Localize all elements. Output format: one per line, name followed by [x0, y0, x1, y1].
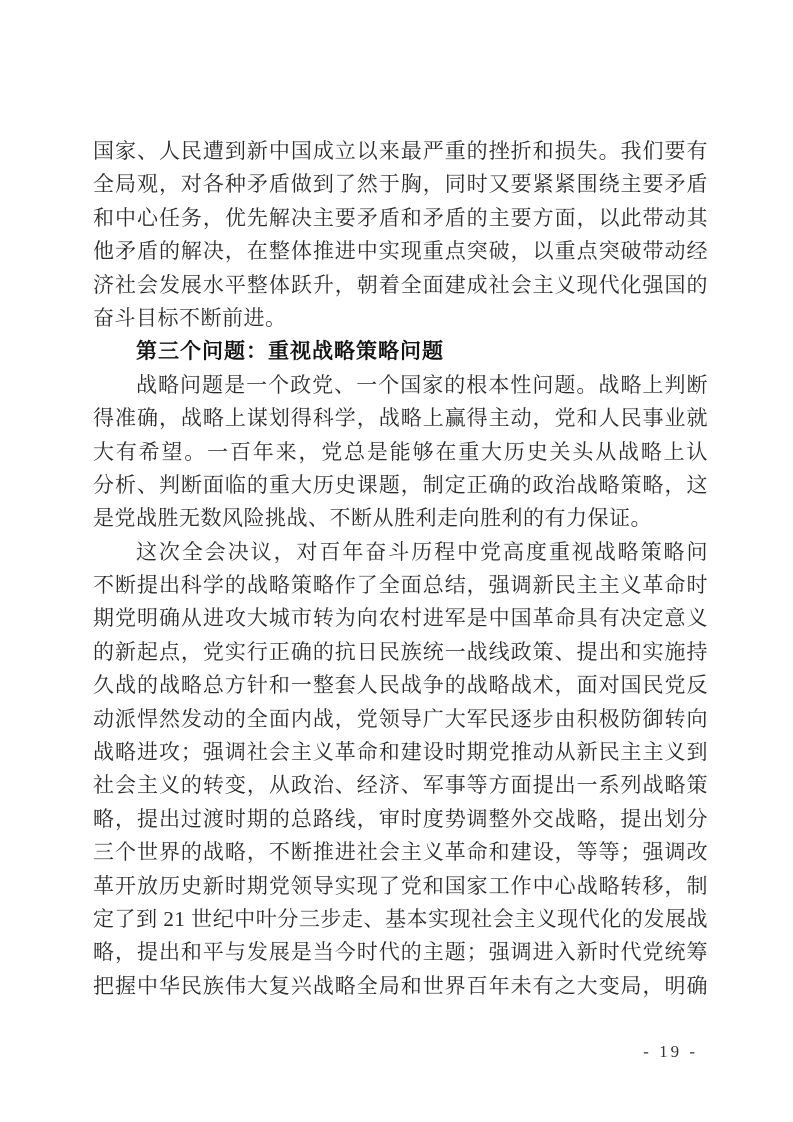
text-line: 济社会发展水平整体跃升，朝着全面建成社会主义现代化强国的 [93, 269, 708, 302]
section-heading: 第三个问题：重视战略策略问题 [93, 335, 708, 368]
text-line: 他矛盾的解决，在整体推进中实现重点突破，以重点突破带动经 [93, 235, 708, 268]
text-line: 全局观，对各种矛盾做到了然于胸，同时又要紧紧围绕主要矛盾 [93, 168, 708, 201]
page-number: - 19 - [643, 1042, 698, 1062]
text-line: 期党明确从进攻大城市转为向农村进军是中国革命具有决定意义 [93, 602, 708, 635]
text-line: 不断提出科学的战略策略作了全面总结，强调新民主主义革命时 [93, 569, 708, 602]
document-text: 国家、人民遭到新中国成立以来最严重的挫折和损失。我们要有全局观，对各种矛盾做到了… [93, 135, 708, 1003]
text-line: 分析、判断面临的重大历史课题，制定正确的政治战略策略，这 [93, 469, 708, 502]
text-line: 奋斗目标不断前进。 [93, 302, 708, 335]
text-line: 三个世界的战略，不断推进社会主义革命和建设，等等；强调改 [93, 836, 708, 869]
text-line: 久战的战略总方针和一整套人民战争的战略战术，面对国民党反 [93, 669, 708, 702]
text-line: 战略进攻；强调社会主义革命和建设时期党推动从新民主主义到 [93, 736, 708, 769]
text-line: 的新起点，党实行正确的抗日民族统一战线政策、提出和实施持 [93, 636, 708, 669]
text-line: 战略问题是一个政党、一个国家的根本性问题。战略上判断 [93, 369, 708, 402]
text-line: 这次全会决议，对百年奋斗历程中党高度重视战略策略问题、 [93, 536, 708, 569]
text-line: 定了到 21 世纪中叶分三步走、基本实现社会主义现代化的发展战 [93, 903, 708, 936]
text-line: 动派悍然发动的全面内战，党领导广大军民逐步由积极防御转向 [93, 703, 708, 736]
text-line: 把握中华民族伟大复兴战略全局和世界百年未有之大变局，明确 [93, 970, 708, 1003]
text-line: 国家、人民遭到新中国成立以来最严重的挫折和损失。我们要有 [93, 135, 708, 168]
text-line: 大有希望。一百年来，党总是能够在重大历史关头从战略上认识、 [93, 436, 708, 469]
text-line: 是党战胜无数风险挑战、不断从胜利走向胜利的有力保证。 [93, 502, 708, 535]
text-line: 社会主义的转变，从政治、经济、军事等方面提出一系列战略策 [93, 769, 708, 802]
text-line: 革开放历史新时期党领导实现了党和国家工作中心战略转移，制 [93, 870, 708, 903]
text-line: 略，提出过渡时期的总路线，审时度势调整外交战略，提出划分 [93, 803, 708, 836]
document-page: 国家、人民遭到新中国成立以来最严重的挫折和损失。我们要有全局观，对各种矛盾做到了… [0, 0, 793, 1122]
text-line: 和中心任务，优先解决主要矛盾和矛盾的主要方面，以此带动其 [93, 202, 708, 235]
text-line: 得准确，战略上谋划得科学，战略上赢得主动，党和人民事业就 [93, 402, 708, 435]
text-line: 略，提出和平与发展是当今时代的主题；强调进入新时代党统筹 [93, 936, 708, 969]
